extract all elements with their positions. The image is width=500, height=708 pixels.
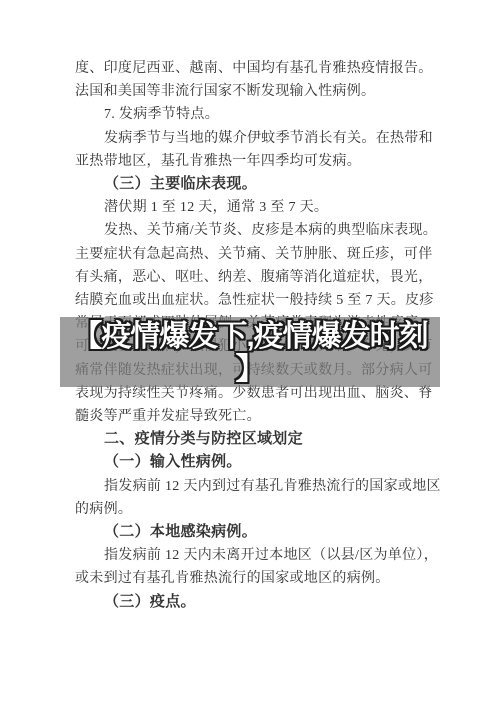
document-line: （一）输入性病例。 (75, 451, 427, 474)
document-line: 髓炎等严重并发症导致死亡。 (75, 405, 427, 428)
document-line: （三）主要临床表现。 (75, 173, 427, 196)
document-line: 发热、关节痛/关节炎、皮疹是本病的典型临床表现。 (75, 219, 427, 242)
document-line: 结膜充血或出血症状。急性症状一般持续 5 至 7 天。皮疹 (75, 289, 427, 312)
document-line: 主要症状有急起高热、关节痛、关节肿胀、斑丘疹，可伴 (75, 243, 427, 266)
document-line: （三）疫点。 (75, 591, 427, 614)
document-line: 度、印度尼西亚、越南、中国均有基孔肯雅热疫情报告。 (75, 57, 427, 80)
document-line: 发病季节与当地的媒介伊蚊季节消长有关。在热带和 (75, 127, 427, 150)
document-line: 指发病前 12 天内未离开过本地区（以县/区为单位）， (75, 544, 427, 567)
document-line: 亚热带地区，基孔肯雅热一年四季均可发病。 (75, 150, 427, 173)
caption-banner: 【疫情爆发下,疫情爆发时刻 】 (60, 317, 440, 387)
document-line: 二、疫情分类与防控区域划定 (75, 428, 427, 451)
document-line: 或未到过有基孔肯雅热流行的国家或地区的病例。 (75, 567, 427, 590)
document-page: 度、印度尼西亚、越南、中国均有基孔肯雅热疫情报告。法国和美国等非流行国家不断发现… (0, 0, 500, 708)
caption-banner-line2: 】 (60, 353, 440, 386)
document-line: 法国和美国等非流行国家不断发现输入性病例。 (75, 80, 427, 103)
document-line: 潜伏期 1 至 12 天，通常 3 至 7 天。 (75, 196, 427, 219)
document-line: 指发病前 12 天内到过有基孔肯雅热流行的国家或地区 (75, 475, 427, 498)
document-line: 7. 发病季节特点。 (75, 103, 427, 126)
document-line: 的病例。 (75, 498, 427, 521)
document-line: （二）本地感染病例。 (75, 521, 427, 544)
document-line: 有头痛，恶心、呕吐、纳差、腹痛等消化道症状，畏光， (75, 266, 427, 289)
caption-banner-line1: 【疫情爆发下,疫情爆发时刻 (60, 320, 440, 353)
